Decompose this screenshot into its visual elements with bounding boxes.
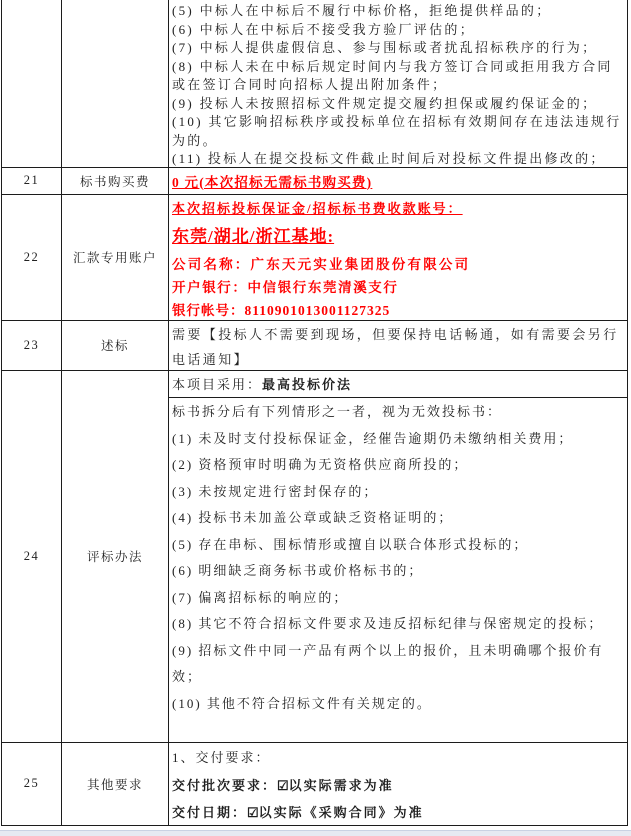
- row-label-evaluation-method: 评标办法: [62, 370, 168, 742]
- remittance-account-cell: 本次招标投标保证金/招标标书费收款账号： 东莞/湖北/浙江基地: 公司名称：广东…: [170, 197, 627, 320]
- delivery-date-label: 交付日期：: [172, 805, 247, 820]
- row-number: 25: [2, 742, 61, 825]
- list-item: (1) 未及时支付投标保证金，经催告逾期仍未缴纳相关费用；: [172, 426, 625, 453]
- list-item: (5) 存在串标、围标情形或擅自以联合体形式投标的；: [172, 532, 625, 559]
- document-page: (5) 中标人在中标后不履行中标价格，拒绝提供样品的； (6) 中标人在中标后不…: [0, 0, 631, 836]
- account-header: 本次招标投标保证金/招标标书费收款账号：: [172, 201, 463, 216]
- invalid-intro: 标书拆分后有下列情形之一者，视为无效投标书：: [172, 399, 625, 426]
- grid-line: [627, 0, 628, 825]
- list-item: (9) 投标人未按照招标文件规定提交履约担保或履约保证金的；: [172, 95, 625, 114]
- grid-line: [168, 0, 169, 825]
- method-prefix: 本项目采用：: [172, 374, 262, 393]
- row-number: 22: [2, 194, 61, 320]
- delivery-batch-value: 以实际需求为准: [289, 778, 394, 793]
- bank-account-number: 银行帐号：8110901013001127325: [172, 303, 390, 318]
- row-label-bid-presentation: 述标: [62, 320, 168, 370]
- delivery-requirements-heading: 1、交付要求：: [172, 744, 625, 772]
- list-item: (8) 中标人未在中标后规定时间内与我方签订合同或拒用我方合同或在签订合同时向招…: [172, 58, 625, 95]
- list-item: (11) 投标人在提交投标文件截止时间后对投标文件提出修改的；: [172, 150, 625, 166]
- list-item: (8) 其它不符合招标文件要求及违反招标纪律与保密规定的投标；: [172, 611, 625, 638]
- list-item: (10) 其它影响招标秩序或投标单位在招标有效期间存在违法违规行为的。: [172, 113, 625, 150]
- list-item: (7) 偏离招标标的响应的；: [172, 585, 625, 612]
- grid-line: [168, 397, 627, 398]
- list-item: (5) 中标人在中标后不履行中标价格，拒绝提供样品的；: [172, 2, 625, 21]
- delivery-batch-label: 交付批次要求：: [172, 778, 277, 793]
- company-name: 公司名称：广东天元实业集团股份有限公司: [172, 257, 470, 272]
- invalid-bid-continuation-cell: (5) 中标人在中标后不履行中标价格，拒绝提供样品的； (6) 中标人在中标后不…: [170, 2, 627, 166]
- list-item: (2) 资格预审时明确为无资格供应商所投的；: [172, 452, 625, 479]
- list-item: (4) 投标书未加盖公章或缺乏资格证明的；: [172, 505, 625, 532]
- row-number: 23: [2, 320, 61, 370]
- checked-checkbox-icon: ☑: [247, 805, 259, 820]
- row-number: 24: [2, 370, 61, 742]
- list-item: (9) 招标文件中同一产品有两个以上的报价，且未明确哪个报价有效；: [172, 638, 625, 691]
- list-item: (6) 明细缺乏商务标书或价格标书的；: [172, 558, 625, 585]
- bid-presentation-cell: 需要【投标人不需要到现场，但要保持电话畅通，如有需要会另行电话通知】: [170, 322, 627, 370]
- tender-doc-fee-cell: 0 元(本次招标无需标书购买费): [170, 167, 627, 194]
- checked-checkbox-icon: ☑: [277, 778, 289, 793]
- viewport-edge-strip: [0, 830, 631, 836]
- evaluation-method-cell: 本项目采用：最高投标价法: [170, 370, 627, 397]
- list-item: (6) 中标人在中标后不接受我方验厂评估的；: [172, 21, 625, 40]
- row-label-other-requirements: 其他要求: [62, 742, 168, 825]
- delivery-date-value: 以实际《采购合同》为准: [259, 805, 424, 820]
- tender-doc-fee-value: 0 元(本次招标无需标书购买费): [172, 171, 372, 191]
- bank-name: 开户银行：中信银行东莞清溪支行: [172, 280, 399, 295]
- bases-line: 东莞/湖北/浙江基地:: [172, 227, 334, 246]
- method-name: 最高投标价法: [262, 374, 352, 393]
- row-number: 21: [2, 167, 61, 194]
- row-label-tender-doc-fee: 标书购买费: [62, 167, 168, 194]
- invalid-bid-conditions-cell: 标书拆分后有下列情形之一者，视为无效投标书： (1) 未及时支付投标保证金，经催…: [170, 399, 627, 742]
- list-item: (7) 中标人提供虚假信息、参与围标或者扰乱招标秩序的行为；: [172, 39, 625, 58]
- list-item: (3) 未按规定进行密封保存的；: [172, 479, 625, 506]
- row-label-remittance-account: 汇款专用账户: [62, 194, 168, 320]
- list-item: (10) 其他不符合招标文件有关规定的。: [172, 691, 625, 718]
- other-requirements-cell: 1、交付要求： 交付批次要求：☑以实际需求为准 交付日期：☑以实际《采购合同》为…: [170, 744, 627, 825]
